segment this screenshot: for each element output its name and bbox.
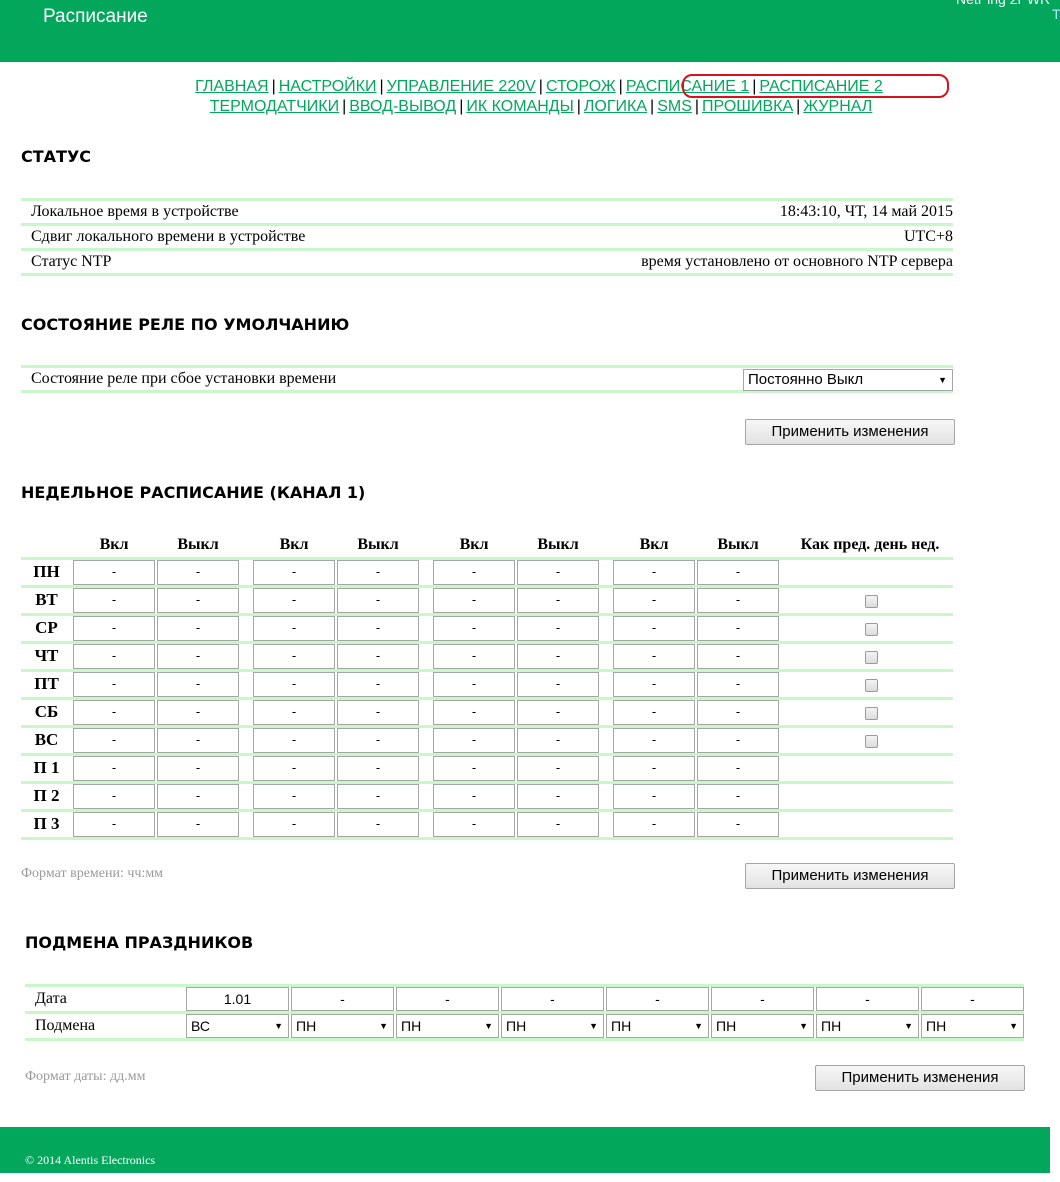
time-input[interactable]: - — [337, 756, 419, 781]
time-input[interactable]: - — [433, 644, 515, 669]
subst-row-label: Подмена — [35, 1017, 95, 1035]
time-input[interactable]: - — [613, 784, 695, 809]
holiday-substitute-value: ПН — [821, 1018, 841, 1034]
time-input[interactable]: - — [253, 616, 335, 641]
holiday-substitute-value: ПН — [716, 1018, 736, 1034]
time-input[interactable]: - — [337, 728, 419, 753]
row-divider — [25, 1038, 1024, 1041]
time-input[interactable]: - — [157, 812, 239, 837]
time-input[interactable]: - — [73, 588, 155, 613]
holiday-date-input[interactable]: - — [711, 987, 814, 1011]
time-input[interactable]: - — [697, 700, 779, 725]
status-value: время установлено от основного NTP серве… — [466, 250, 953, 275]
time-input[interactable]: - — [73, 756, 155, 781]
same-as-prev-checkbox[interactable] — [865, 595, 878, 608]
nav-separator: | — [376, 78, 386, 95]
nav-separator: | — [692, 98, 702, 115]
nav-link-row1-0[interactable]: ГЛАВНАЯ — [195, 78, 268, 95]
dropdown-arrow-icon: ▼ — [938, 370, 947, 390]
status-label: Статус NTP — [21, 250, 466, 275]
column-header-same-as-prev: Как пред. день нед. — [785, 536, 955, 554]
dropdown-arrow-icon: ▼ — [589, 1015, 598, 1037]
status-value: UTC+8 — [466, 225, 953, 250]
time-input[interactable]: - — [337, 812, 419, 837]
time-input[interactable]: - — [517, 672, 599, 697]
time-input[interactable]: - — [157, 560, 239, 585]
time-input[interactable]: - — [337, 616, 419, 641]
day-label: П 1 — [21, 758, 72, 778]
time-input[interactable]: - — [697, 812, 779, 837]
holiday-substitute-value: ПН — [506, 1018, 526, 1034]
time-input[interactable]: - — [613, 644, 695, 669]
nav-link-row2-6[interactable]: ЖУРНАЛ — [803, 98, 872, 115]
time-input[interactable]: - — [73, 672, 155, 697]
holiday-substitute-select[interactable]: ПН▼ — [291, 1014, 394, 1038]
column-header: Выкл — [337, 536, 419, 554]
apply-holidays-button[interactable]: Применить изменения — [815, 1065, 1025, 1091]
holiday-substitute-select[interactable]: ВС▼ — [186, 1014, 289, 1038]
time-input[interactable]: - — [433, 672, 515, 697]
time-input[interactable]: - — [157, 784, 239, 809]
day-label: СБ — [21, 702, 72, 722]
dropdown-arrow-icon: ▼ — [379, 1015, 388, 1037]
holiday-date-input[interactable]: - — [921, 987, 1024, 1011]
status-row: Статус NTP время установлено от основног… — [21, 250, 953, 275]
time-input[interactable]: - — [73, 812, 155, 837]
same-as-prev-checkbox[interactable] — [865, 651, 878, 664]
holiday-substitute-select[interactable]: ПН▼ — [606, 1014, 709, 1038]
time-input[interactable]: - — [613, 672, 695, 697]
date-row-label: Дата — [35, 990, 67, 1008]
nav-link-row2-2[interactable]: ИК КОМАНДЫ — [466, 98, 573, 115]
relay-default-select[interactable]: Постоянно Выкл ▼ — [743, 369, 953, 391]
nav-separator: | — [574, 98, 584, 115]
time-input[interactable]: - — [73, 700, 155, 725]
time-input[interactable]: - — [73, 616, 155, 641]
holiday-substitute-value: ПН — [296, 1018, 316, 1034]
time-input[interactable]: - — [517, 588, 599, 613]
time-input[interactable]: - — [517, 812, 599, 837]
status-table: Локальное время в устройстве 18:43:10, Ч… — [21, 198, 953, 276]
holiday-substitute-select[interactable]: ПН▼ — [501, 1014, 604, 1038]
nav-link-row1-3[interactable]: СТОРОЖ — [546, 78, 616, 95]
column-header: Вкл — [433, 536, 515, 554]
time-input[interactable]: - — [253, 644, 335, 669]
time-input[interactable]: - — [157, 672, 239, 697]
column-header: Вкл — [73, 536, 155, 554]
same-as-prev-checkbox[interactable] — [865, 707, 878, 720]
day-label: ПН — [21, 562, 72, 582]
status-section-title: СТАТУС — [21, 147, 91, 166]
nav-highlight-annotation — [682, 74, 949, 98]
page-title: Расписание — [43, 6, 148, 28]
time-input[interactable]: - — [613, 756, 695, 781]
nav-link-row2-4[interactable]: SMS — [657, 98, 692, 115]
time-input[interactable]: - — [517, 728, 599, 753]
apply-relay-default-button[interactable]: Применить изменения — [745, 419, 955, 445]
holiday-date-input[interactable]: - — [816, 987, 919, 1011]
day-label: ПТ — [21, 674, 72, 694]
nav-link-row1-2[interactable]: УПРАВЛЕНИЕ 220V — [387, 78, 536, 95]
footer-bar: © 2014 Alentis Electronics — [0, 1127, 1050, 1173]
day-label: ЧТ — [21, 646, 72, 666]
relay-default-selected: Постоянно Выкл — [748, 371, 863, 388]
status-row: Сдвиг локального времени в устройстве UT… — [21, 225, 953, 250]
time-input[interactable]: - — [337, 588, 419, 613]
time-input[interactable]: - — [253, 784, 335, 809]
dropdown-arrow-icon: ▼ — [1009, 1015, 1018, 1037]
nav-link-row2-3[interactable]: ЛОГИКА — [584, 98, 647, 115]
time-input[interactable]: - — [337, 560, 419, 585]
time-input[interactable]: - — [613, 812, 695, 837]
column-header: Вкл — [613, 536, 695, 554]
time-input[interactable]: - — [697, 560, 779, 585]
same-as-prev-checkbox[interactable] — [865, 623, 878, 636]
holiday-date-input[interactable]: - — [396, 987, 499, 1011]
time-format-hint: Формат времени: чч:мм — [21, 866, 163, 882]
apply-weekly-button[interactable]: Применить изменения — [745, 863, 955, 889]
status-label: Локальное время в устройстве — [21, 200, 466, 225]
nav-separator: | — [339, 98, 349, 115]
time-input[interactable]: - — [433, 700, 515, 725]
day-label: СР — [21, 618, 72, 638]
nav-row-2: ТЕРМОДАТЧИКИ|ВВОД-ВЫВОД|ИК КОМАНДЫ|ЛОГИК… — [131, 97, 951, 117]
time-input[interactable]: - — [697, 588, 779, 613]
time-input[interactable]: - — [613, 560, 695, 585]
time-input[interactable]: - — [517, 560, 599, 585]
time-input[interactable]: - — [337, 672, 419, 697]
holiday-date-input[interactable]: - — [501, 987, 604, 1011]
time-input[interactable]: - — [73, 728, 155, 753]
nav-separator: | — [793, 98, 803, 115]
time-input[interactable]: - — [157, 644, 239, 669]
row-divider — [21, 837, 953, 840]
status-row: Локальное время в устройстве 18:43:10, Ч… — [21, 200, 953, 225]
time-input[interactable]: - — [613, 616, 695, 641]
time-input[interactable]: - — [613, 700, 695, 725]
time-input[interactable]: - — [337, 700, 419, 725]
column-header: Выкл — [697, 536, 779, 554]
nav-separator: | — [647, 98, 657, 115]
time-input[interactable]: - — [157, 728, 239, 753]
dropdown-arrow-icon: ▼ — [799, 1015, 808, 1037]
holiday-substitute-value: ПН — [611, 1018, 631, 1034]
time-input[interactable]: - — [613, 728, 695, 753]
dropdown-arrow-icon: ▼ — [904, 1015, 913, 1037]
holiday-substitute-value: ВС — [191, 1018, 210, 1034]
copyright: © 2014 Alentis Electronics — [25, 1153, 155, 1168]
column-header: Вкл — [253, 536, 335, 554]
relay-default-section-title: СОСТОЯНИЕ РЕЛЕ ПО УМОЛЧАНИЮ — [21, 315, 349, 334]
nav-separator: | — [456, 98, 466, 115]
time-input[interactable]: - — [253, 700, 335, 725]
date-format-hint: Формат даты: дд.мм — [25, 1069, 145, 1085]
time-input[interactable]: - — [253, 672, 335, 697]
time-input[interactable]: - — [517, 700, 599, 725]
time-input[interactable]: - — [253, 756, 335, 781]
day-label: П 2 — [21, 786, 72, 806]
time-input[interactable]: - — [433, 616, 515, 641]
time-input[interactable]: - — [433, 812, 515, 837]
time-input[interactable]: - — [433, 560, 515, 585]
day-label: ВТ — [21, 590, 72, 610]
time-input[interactable]: - — [157, 756, 239, 781]
time-input[interactable]: - — [433, 588, 515, 613]
device-name: NetPing 2PWR — [956, 0, 1050, 7]
column-header: Выкл — [517, 536, 599, 554]
nav-link-row1-1[interactable]: НАСТРОЙКИ — [279, 78, 377, 95]
holiday-date-input[interactable]: - — [291, 987, 394, 1011]
nav-separator: | — [616, 78, 626, 95]
same-as-prev-checkbox[interactable] — [865, 735, 878, 748]
day-label: ВС — [21, 730, 72, 750]
time-input[interactable]: - — [157, 700, 239, 725]
time-input[interactable]: - — [433, 756, 515, 781]
time-input[interactable]: - — [517, 756, 599, 781]
time-input[interactable]: - — [73, 784, 155, 809]
time-input[interactable]: - — [337, 644, 419, 669]
holiday-date-input[interactable]: - — [606, 987, 709, 1011]
holiday-substitute-select[interactable]: ПН▼ — [921, 1014, 1024, 1038]
time-input[interactable]: - — [697, 784, 779, 809]
dropdown-arrow-icon: ▼ — [694, 1015, 703, 1037]
holiday-substitute-select[interactable]: ПН▼ — [396, 1014, 499, 1038]
status-label: Сдвиг локального времени в устройстве — [21, 225, 466, 250]
time-input[interactable]: - — [697, 756, 779, 781]
nav-link-row2-0[interactable]: ТЕРМОДАТЧИКИ — [210, 98, 339, 115]
time-input[interactable]: - — [157, 588, 239, 613]
time-input[interactable]: - — [433, 784, 515, 809]
time-input[interactable]: - — [253, 560, 335, 585]
time-input[interactable]: - — [517, 616, 599, 641]
time-input[interactable]: - — [253, 728, 335, 753]
holiday-substitute-value: ПН — [401, 1018, 421, 1034]
time-input[interactable]: - — [157, 616, 239, 641]
holiday-substitute-value: ПН — [926, 1018, 946, 1034]
nav-separator: | — [536, 78, 546, 95]
holidays-section-title: ПОДМЕНА ПРАЗДНИКОВ — [25, 933, 253, 952]
time-input[interactable]: - — [337, 784, 419, 809]
same-as-prev-checkbox[interactable] — [865, 679, 878, 692]
day-label: П 3 — [21, 814, 72, 834]
status-value: 18:43:10, ЧТ, 14 май 2015 — [466, 200, 953, 225]
time-input[interactable]: - — [697, 616, 779, 641]
time-input[interactable]: - — [697, 672, 779, 697]
time-input[interactable]: - — [253, 812, 335, 837]
holiday-substitute-select[interactable]: ПН▼ — [711, 1014, 814, 1038]
dropdown-arrow-icon: ▼ — [274, 1015, 283, 1037]
time-input[interactable]: - — [517, 644, 599, 669]
dropdown-arrow-icon: ▼ — [484, 1015, 493, 1037]
device-subtitle: T — [1052, 6, 1060, 22]
time-input[interactable]: - — [697, 728, 779, 753]
weekly-section-title: НЕДЕЛЬНОЕ РАСПИСАНИЕ (КАНАЛ 1) — [21, 483, 365, 502]
nav-link-row2-5[interactable]: ПРОШИВКА — [702, 98, 793, 115]
time-input[interactable]: - — [73, 560, 155, 585]
time-input[interactable]: - — [253, 588, 335, 613]
time-input[interactable]: - — [697, 644, 779, 669]
header-bar: Расписание NetPing 2PWR T — [0, 0, 1060, 62]
time-input[interactable]: - — [613, 588, 695, 613]
nav-separator: | — [269, 78, 279, 95]
time-input[interactable]: - — [517, 784, 599, 809]
holiday-date-input[interactable]: 1.01 — [186, 987, 289, 1011]
time-input[interactable]: - — [73, 644, 155, 669]
column-header: Выкл — [157, 536, 239, 554]
time-input[interactable]: - — [433, 728, 515, 753]
holiday-substitute-select[interactable]: ПН▼ — [816, 1014, 919, 1038]
nav-link-row2-1[interactable]: ВВОД-ВЫВОД — [349, 98, 456, 115]
